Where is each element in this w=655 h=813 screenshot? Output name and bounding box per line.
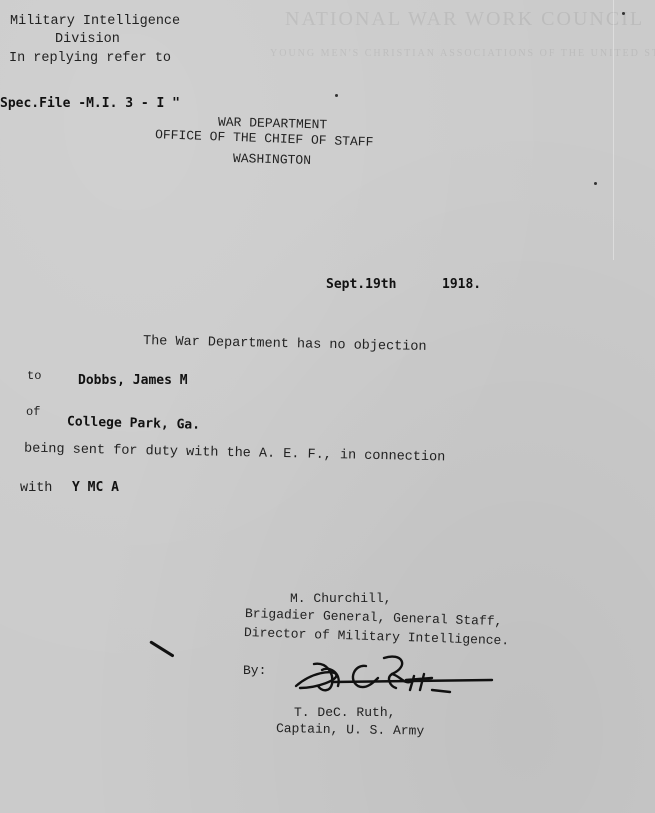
paper-speck — [594, 182, 597, 185]
authority-rank: Brigadier General, General Staff, — [245, 607, 503, 628]
division-line-2: Division — [55, 33, 120, 47]
document-page: NATIONAL WAR WORK COUNCIL YOUNG MEN'S CH… — [0, 0, 655, 813]
show-through-heading: NATIONAL WAR WORK COUNCIL — [285, 8, 644, 31]
paper-speck — [622, 12, 625, 15]
to-label: to — [27, 370, 41, 382]
pen-mark — [149, 640, 174, 657]
handwritten-signature — [292, 652, 497, 702]
body-purpose: being sent for duty with the A. E. F., i… — [24, 443, 445, 465]
office-name: OFFICE OF THE CHIEF OF STAFF — [155, 128, 374, 149]
organization-name: Y MC A — [72, 481, 119, 494]
person-location: College Park, Ga. — [67, 415, 200, 431]
division-line-1: Military Intelligence — [10, 15, 180, 29]
signer-name: T. DeC. Ruth, — [294, 706, 395, 719]
authority-name: M. Churchill, — [290, 592, 391, 605]
date-day: Sept.19th — [326, 278, 396, 291]
file-reference: Spec.File -M.I. 3 - I " — [0, 97, 180, 110]
paper-speck — [335, 94, 338, 97]
reply-instruction: In replying refer to — [9, 52, 171, 66]
paper-crease — [613, 0, 614, 260]
signer-rank: Captain, U. S. Army — [276, 722, 424, 738]
person-name: Dobbs, James M — [78, 374, 188, 387]
with-label: with — [20, 482, 52, 496]
authority-title: Director of Military Intelligence. — [244, 626, 510, 647]
body-intro: The War Department has no objection — [143, 335, 427, 354]
by-label: By: — [243, 664, 266, 677]
office-location: WASHINGTON — [233, 152, 311, 167]
show-through-subheading: YOUNG MEN'S CHRISTIAN ASSOCIATIONS OF TH… — [270, 48, 655, 59]
of-label: of — [26, 406, 40, 418]
date-year: 1918. — [442, 278, 481, 291]
